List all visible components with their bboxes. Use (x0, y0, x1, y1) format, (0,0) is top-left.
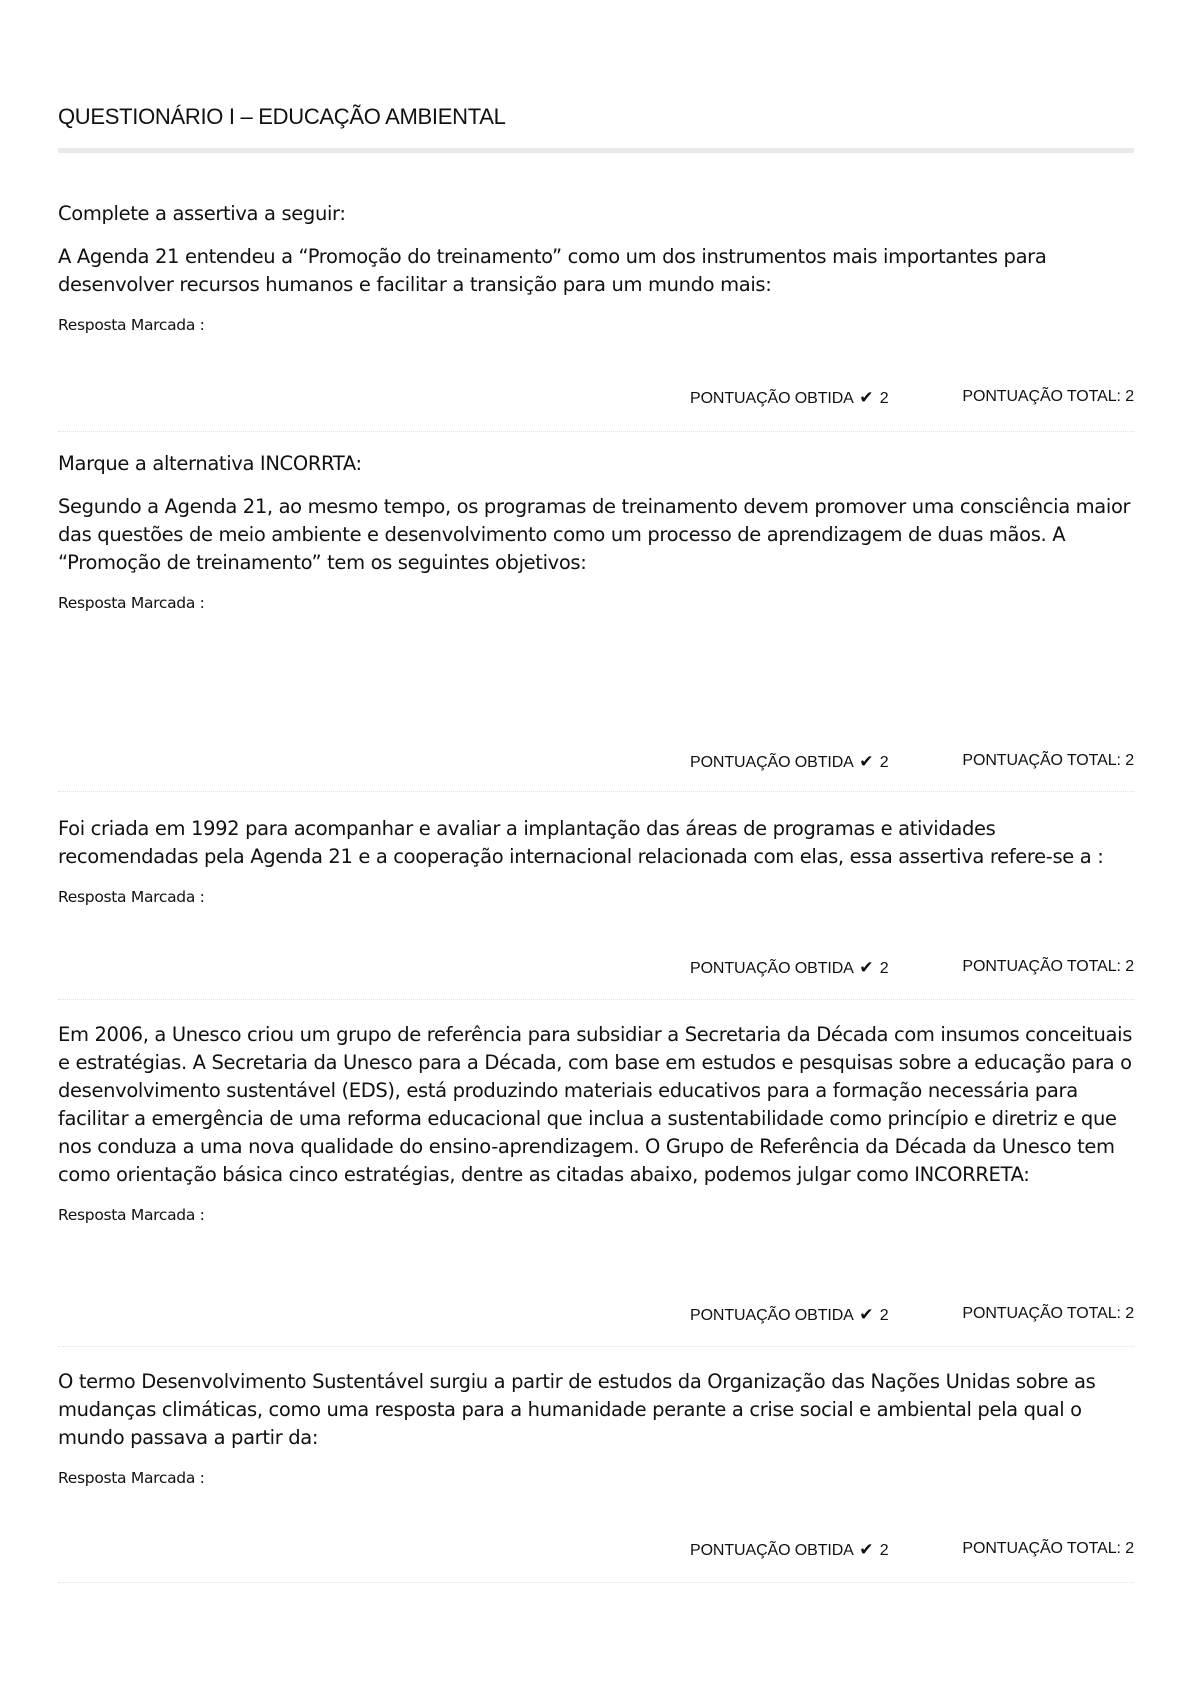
score-obtained-value: 2 (880, 754, 889, 771)
score-obtained: PONTUAÇÃO OBTIDA ✔ 2 (690, 752, 889, 772)
score-obtained-label: PONTUAÇÃO OBTIDA (690, 960, 853, 977)
score-total: PONTUAÇÃO TOTAL: 2 (962, 752, 1134, 770)
score-obtained: PONTUAÇÃO OBTIDA ✔ 2 (690, 1305, 889, 1325)
score-total: PONTUAÇÃO TOTAL: 2 (962, 1540, 1134, 1558)
question-statement: Segundo a Agenda 21, ao mesmo tempo, os … (58, 493, 1134, 577)
question-prompt: Complete a assertiva a seguir: (58, 200, 1134, 228)
question-prompt: Marque a alternativa INCORRTA: (58, 450, 1134, 478)
title-divider (58, 148, 1134, 153)
question-4: Em 2006, a Unesco criou um grupo de refe… (58, 1021, 1134, 1225)
answer-marked-label: Resposta Marcada : (58, 1205, 1134, 1225)
score-row-1: PONTUAÇÃO OBTIDA ✔ 2 PONTUAÇÃO TOTAL: 2 (58, 388, 1134, 410)
answer-marked-label: Resposta Marcada : (58, 593, 1134, 613)
question-separator (58, 999, 1134, 1000)
score-obtained-value: 2 (880, 1542, 889, 1559)
score-row-3: PONTUAÇÃO OBTIDA ✔ 2 PONTUAÇÃO TOTAL: 2 (58, 958, 1134, 980)
score-row-2: PONTUAÇÃO OBTIDA ✔ 2 PONTUAÇÃO TOTAL: 2 (58, 752, 1134, 774)
score-obtained-label: PONTUAÇÃO OBTIDA (690, 390, 853, 407)
answer-marked-label: Resposta Marcada : (58, 315, 1134, 335)
question-separator (58, 791, 1134, 792)
score-obtained-value: 2 (880, 960, 889, 977)
check-icon: ✔ (859, 752, 873, 772)
question-5: O termo Desenvolvimento Sustentável surg… (58, 1368, 1134, 1488)
score-row-4: PONTUAÇÃO OBTIDA ✔ 2 PONTUAÇÃO TOTAL: 2 (58, 1305, 1134, 1327)
answer-marked-label: Resposta Marcada : (58, 1468, 1134, 1488)
score-obtained: PONTUAÇÃO OBTIDA ✔ 2 (690, 388, 889, 408)
check-icon: ✔ (859, 1540, 873, 1560)
score-obtained: PONTUAÇÃO OBTIDA ✔ 2 (690, 958, 889, 978)
question-2: Marque a alternativa INCORRTA: Segundo a… (58, 450, 1134, 613)
question-1: Complete a assertiva a seguir: A Agenda … (58, 200, 1134, 335)
score-obtained-value: 2 (880, 390, 889, 407)
page-title: QUESTIONÁRIO I – EDUCAÇÃO AMBIENTAL (58, 104, 506, 130)
question-separator (58, 1582, 1134, 1583)
score-total: PONTUAÇÃO TOTAL: 2 (962, 1305, 1134, 1323)
score-obtained-value: 2 (880, 1307, 889, 1324)
question-3: Foi criada em 1992 para acompanhar e ava… (58, 815, 1134, 907)
question-statement: Foi criada em 1992 para acompanhar e ava… (58, 815, 1134, 871)
score-total: PONTUAÇÃO TOTAL: 2 (962, 388, 1134, 406)
score-row-5: PONTUAÇÃO OBTIDA ✔ 2 PONTUAÇÃO TOTAL: 2 (58, 1540, 1134, 1562)
score-obtained-label: PONTUAÇÃO OBTIDA (690, 754, 853, 771)
answer-marked-label: Resposta Marcada : (58, 887, 1134, 907)
question-statement: A Agenda 21 entendeu a “Promoção do trei… (58, 243, 1134, 299)
check-icon: ✔ (859, 1305, 873, 1325)
score-obtained-label: PONTUAÇÃO OBTIDA (690, 1542, 853, 1559)
question-statement: Em 2006, a Unesco criou um grupo de refe… (58, 1021, 1134, 1189)
question-separator (58, 1346, 1134, 1347)
score-obtained-label: PONTUAÇÃO OBTIDA (690, 1307, 853, 1324)
check-icon: ✔ (859, 958, 873, 978)
score-total: PONTUAÇÃO TOTAL: 2 (962, 958, 1134, 976)
question-statement: O termo Desenvolvimento Sustentável surg… (58, 1368, 1134, 1452)
check-icon: ✔ (859, 388, 873, 408)
score-obtained: PONTUAÇÃO OBTIDA ✔ 2 (690, 1540, 889, 1560)
question-separator (58, 431, 1134, 432)
